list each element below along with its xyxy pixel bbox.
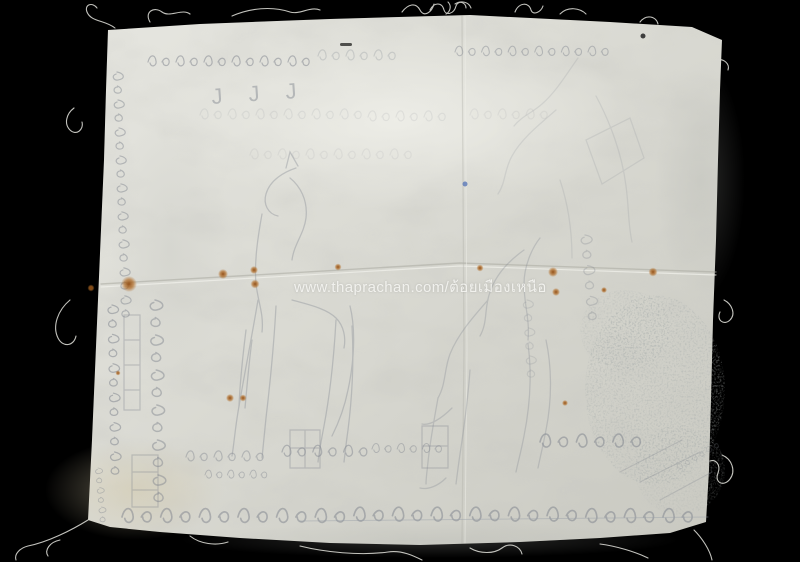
blue-mark bbox=[463, 182, 468, 187]
watermark-text: www.thaprachan.com/ต้อยเมืองเหนือ bbox=[294, 275, 547, 299]
photo-of-yantra-cloth: J J J bbox=[0, 0, 800, 562]
dark-fleck-top-right bbox=[641, 34, 646, 39]
dark-fleck-top bbox=[340, 43, 352, 46]
